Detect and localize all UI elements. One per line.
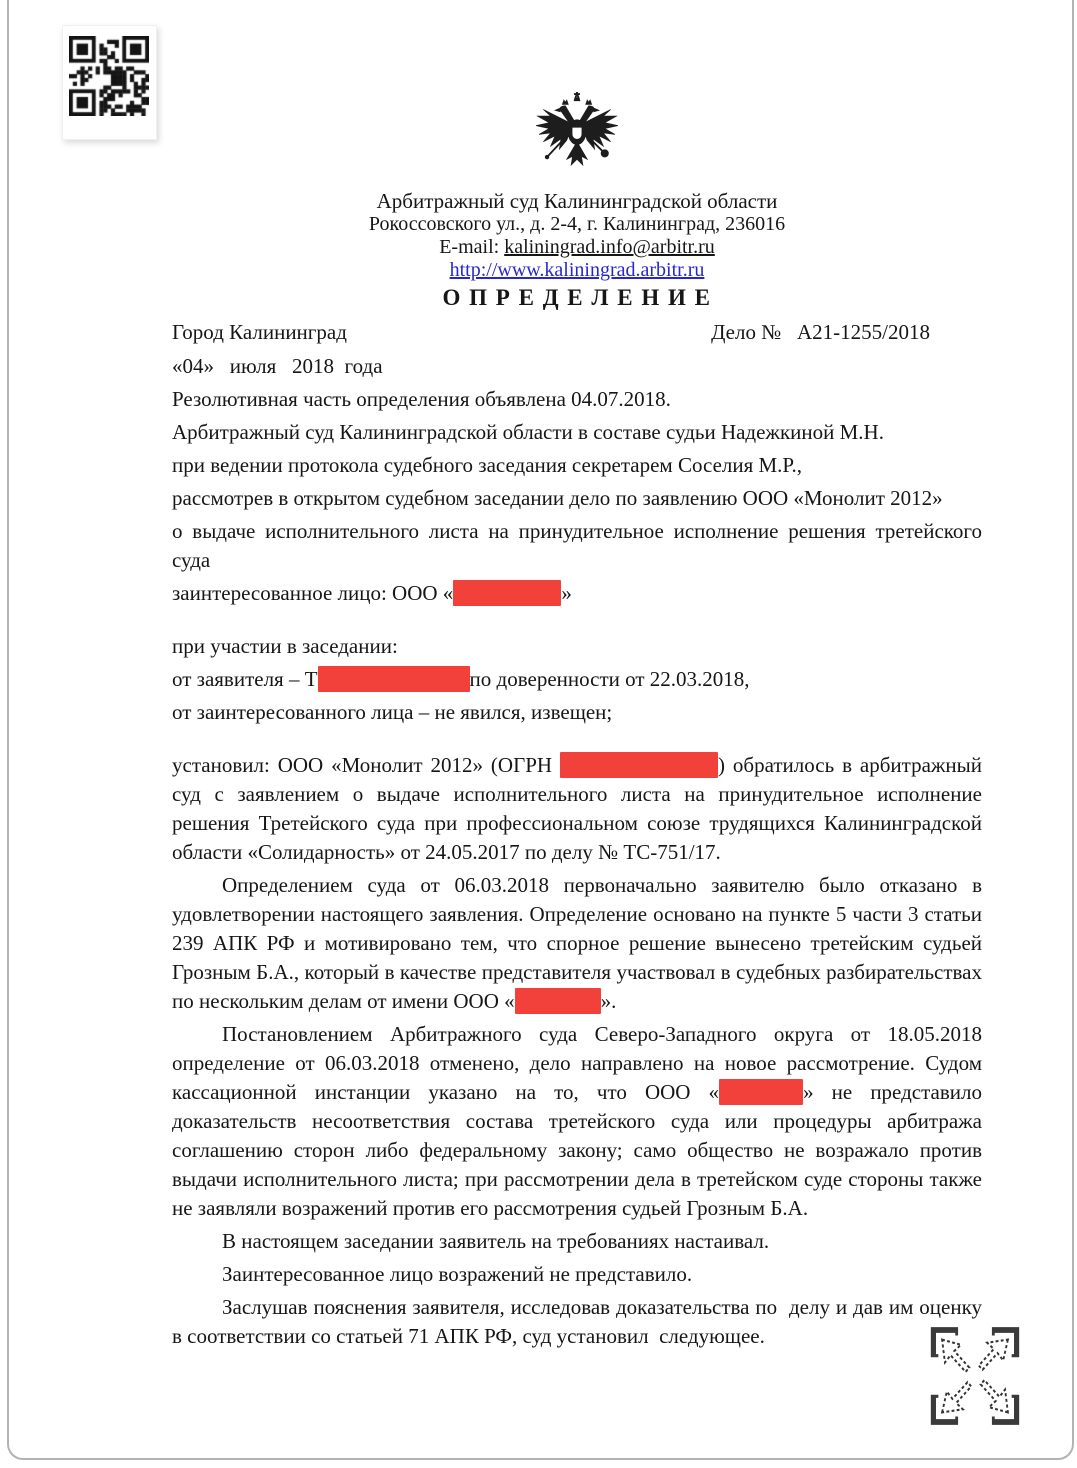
document-body: Резолютивная часть определения объявлена… (172, 385, 982, 1351)
website-line: http://www.kaliningrad.arbitr.ru (172, 259, 982, 282)
paragraph: при ведении протокола судебного заседани… (172, 451, 982, 480)
document-content: Арбитражный суд Калининградской области … (172, 0, 982, 1351)
court-name: Арбитражный суд Калининградской области (172, 190, 982, 213)
redaction-block (719, 1079, 803, 1105)
redaction-block (515, 988, 601, 1014)
paragraph: рассмотрев в открытом судебном заседании… (172, 484, 982, 513)
paragraph: от заинтересованного лица – не явился, и… (172, 698, 982, 727)
redaction-block (318, 666, 470, 692)
paragraph: от заявителя – Тпо доверенности от 22.03… (172, 665, 982, 694)
paragraph: Арбитражный суд Калининградской области … (172, 418, 982, 447)
paragraph: о выдаче исполнительного листа на принуд… (172, 517, 982, 575)
paragraph: Постановлением Арбитражного суда Северо-… (172, 1020, 982, 1223)
email-label: E-mail: (439, 236, 504, 258)
document-title: О П Р Е Д Е Л Е Н И Е (172, 284, 982, 311)
paragraph: установил: ООО «Монолит 2012» (ОГРН ) об… (172, 751, 982, 867)
case-number: Дело № А21-1255/2018 (711, 315, 982, 349)
document-header: Арбитражный суд Калининградской области … (172, 0, 982, 311)
qr-code-icon (69, 36, 149, 116)
redaction-block (560, 752, 718, 778)
paragraph: Заинтересованное лицо возражений не пред… (172, 1260, 982, 1289)
city-label: Город Калининград (172, 315, 347, 349)
russia-coat-of-arms-icon (533, 92, 621, 187)
paragraph: Заслушав пояснения заявителя, исследовав… (172, 1293, 982, 1351)
paragraph: Резолютивная часть определения объявлена… (172, 385, 982, 414)
paragraph: В настоящем заседании заявитель на требо… (172, 1227, 982, 1256)
expand-arrows-icon (928, 1324, 1022, 1428)
date-line: «04» июля 2018 года (172, 349, 982, 383)
court-address: Рокоссовского ул., д. 2-4, г. Калинингра… (172, 213, 982, 236)
website-link[interactable]: http://www.kaliningrad.arbitr.ru (450, 259, 705, 281)
paragraph: заинтересованное лицо: ООО «» (172, 579, 982, 608)
paragraph: Определением суда от 06.03.2018 первонач… (172, 871, 982, 1016)
paragraph: при участии в заседании: (172, 632, 982, 661)
case-row: Город Калининград Дело № А21-1255/2018 (172, 315, 982, 349)
redaction-block (453, 580, 561, 606)
email-link[interactable]: kaliningrad.info@arbitr.ru (504, 236, 715, 258)
email-line: E-mail: kaliningrad.info@arbitr.ru (172, 236, 982, 259)
document-page: Арбитражный суд Калининградской области … (0, 0, 1077, 1468)
qr-card (62, 25, 157, 140)
